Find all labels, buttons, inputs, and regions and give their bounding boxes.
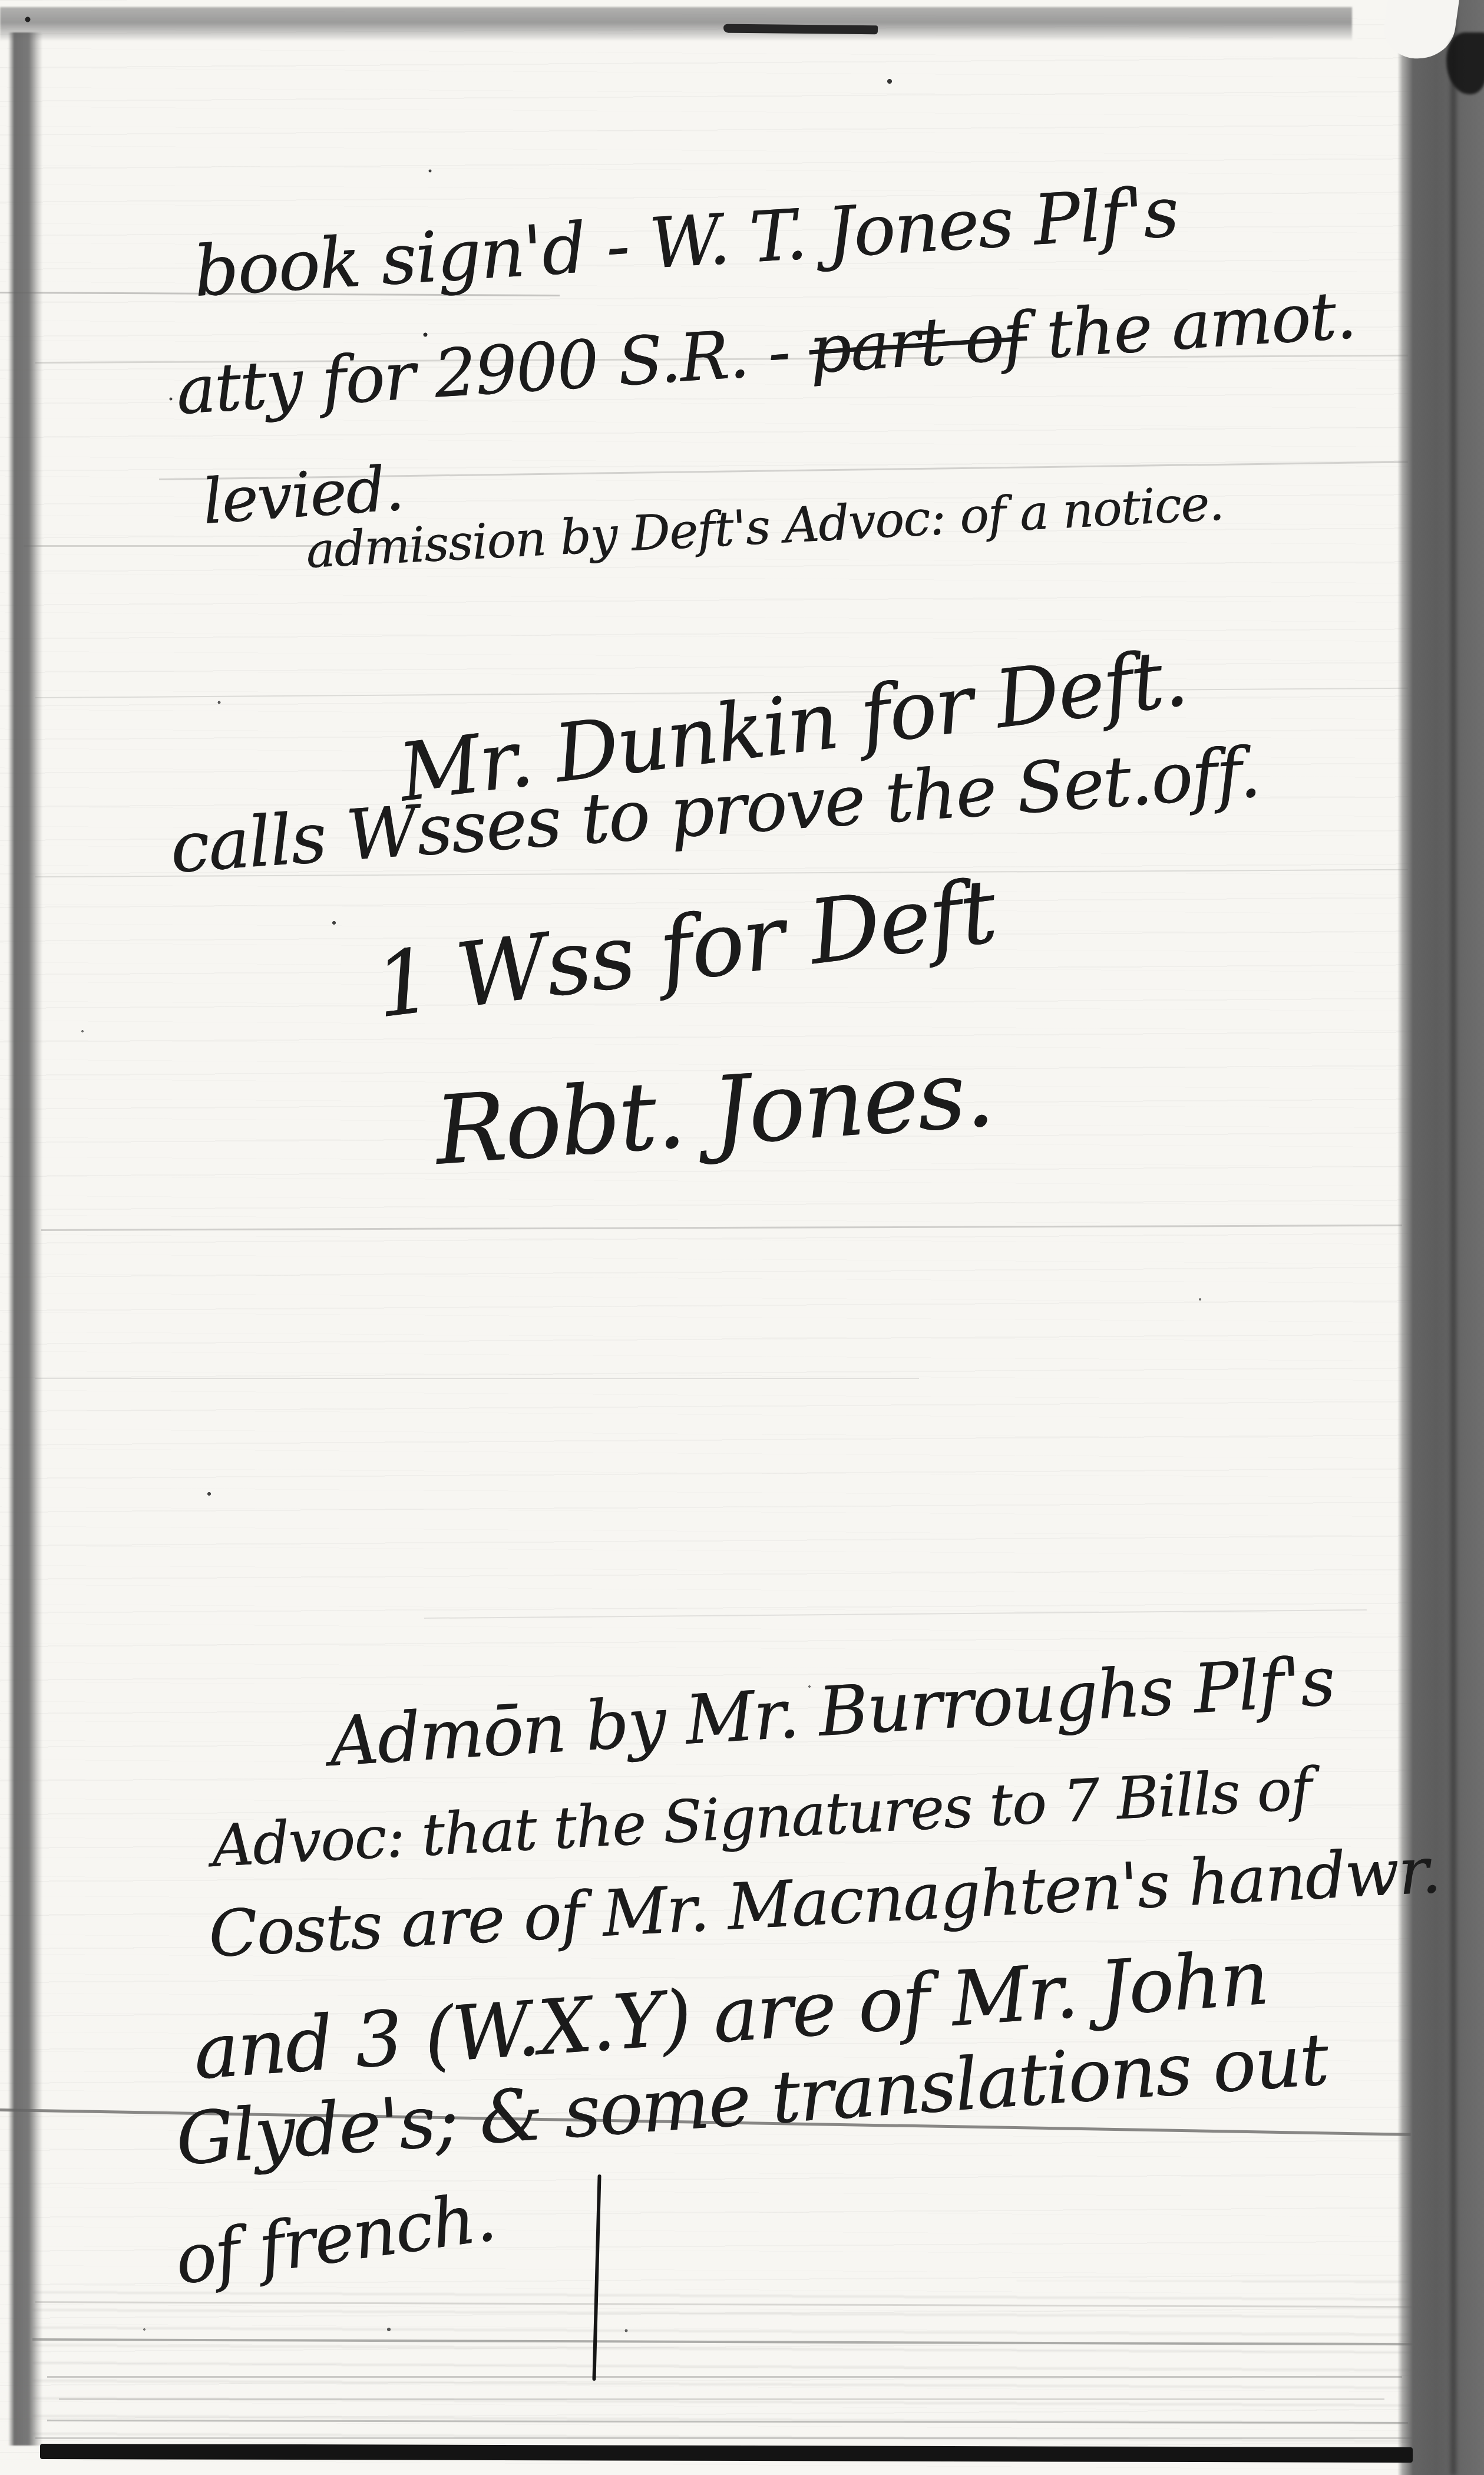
line-book-signed: book sign'd - W. T. Jones Plf's xyxy=(192,177,1180,306)
bottom-edge-strip xyxy=(40,2444,1413,2463)
manuscript-page-scan: book sign'd - W. T. Jones Plf's atty for… xyxy=(0,0,1484,2475)
right-spine-band xyxy=(1397,0,1484,2475)
line-atty-amount-post: the amot. xyxy=(1024,277,1357,375)
line-atty-amount: atty for 2900 S.R. - part of the amot. xyxy=(174,282,1357,424)
ruled-line xyxy=(424,1609,1367,1619)
line-of-french: of french. xyxy=(171,2183,498,2295)
ruled-line xyxy=(35,2301,1414,2308)
left-gutter-band xyxy=(8,32,42,2446)
ruled-line xyxy=(32,2338,1417,2345)
line-atty-amount-pre: atty for 2900 S.R. - xyxy=(174,312,812,430)
pen-stroke-vertical xyxy=(592,2174,601,2381)
struck-words: part of xyxy=(807,298,1029,389)
ruled-line xyxy=(47,2420,1408,2424)
page-corner-notch xyxy=(1380,0,1459,64)
top-edge-artifact xyxy=(723,24,878,35)
ruled-line xyxy=(47,2376,1402,2378)
line-robt-jones: Robt. Jones. xyxy=(432,1045,995,1179)
line-admon-burroughs: Admōn by Mr. Burroughs Plf's xyxy=(328,1648,1336,1777)
line-admission-notice: admission by Deft's Advoc: of a notice. xyxy=(305,479,1224,575)
ruled-line xyxy=(59,2398,1384,2400)
corner-ink-blob xyxy=(1446,32,1484,94)
ruled-line xyxy=(35,2437,1414,2439)
line-one-witness-for-deft: 1 Wss for Deft xyxy=(371,867,1000,1031)
top-edge-band xyxy=(0,7,1352,41)
ruled-line xyxy=(41,1225,1402,1231)
right-spine-crease xyxy=(1450,0,1456,2475)
ruled-line xyxy=(35,1378,919,1379)
